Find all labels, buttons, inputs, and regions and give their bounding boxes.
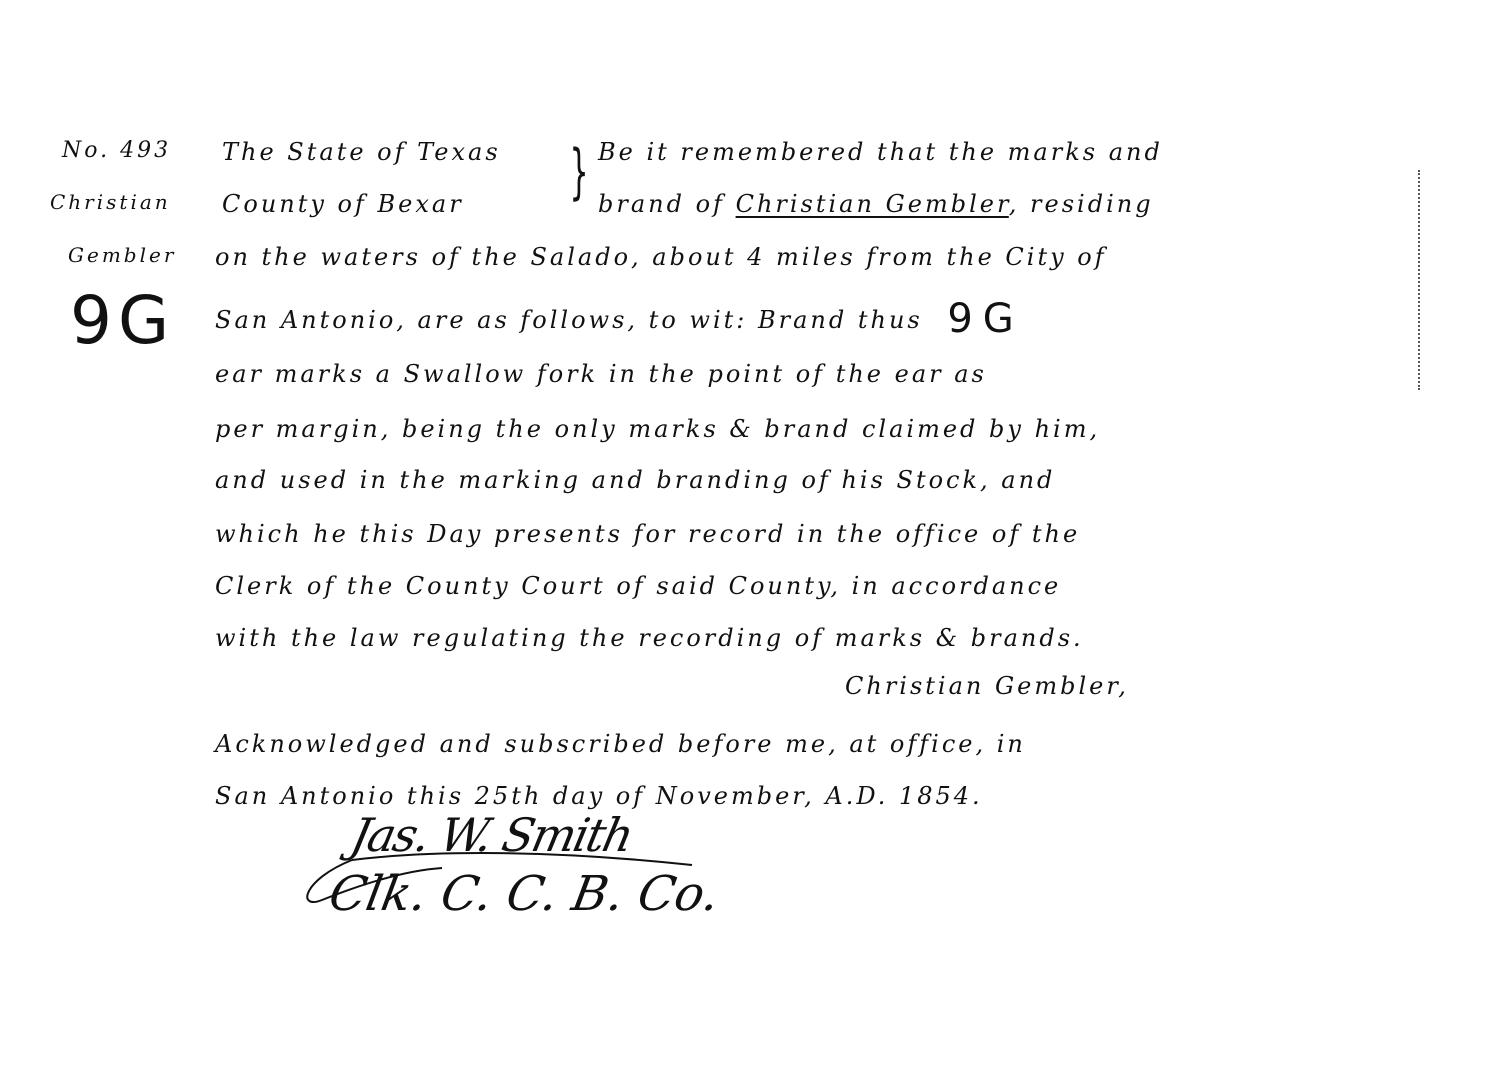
residing-suffix: , residing <box>1009 190 1154 218</box>
caption-brace-icon: } <box>570 142 589 202</box>
owner-name-underlined: Christian Gembler <box>736 190 1009 218</box>
margin-owner-first-name: Christian <box>50 190 171 214</box>
clerk-signature-name: Jas. W. Smith <box>346 808 637 862</box>
record-number: No. 493 <box>62 138 171 163</box>
body-line-4: per margin, being the only marks & brand… <box>215 415 1100 443</box>
applicant-signature: Christian Gembler, <box>845 672 1129 700</box>
inline-brand-mark: 9G <box>947 296 1023 342</box>
caption-county: County of Bexar <box>222 190 464 218</box>
body-line-7: Clerk of the County Court of said County… <box>215 572 1061 600</box>
body-line-8: with the law regulating the recording of… <box>215 624 1084 652</box>
caption-brand-of: brand of Christian Gembler, residing <box>598 190 1154 218</box>
scan-artifact-dots <box>1418 170 1422 390</box>
body-line-6: which he this Day presents for record in… <box>215 520 1080 548</box>
body-line-3: ear marks a Swallow fork in the point of… <box>215 360 987 388</box>
acknowledgement-line-2: San Antonio this 25th day of November, A… <box>215 782 983 810</box>
margin-brand-mark: 9G <box>70 282 175 359</box>
clerk-signature-title: Clk. C. C. B. Co. <box>325 866 723 922</box>
brand-of-prefix: brand of <box>598 190 725 218</box>
body-line-1: on the waters of the Salado, about 4 mil… <box>215 243 1107 271</box>
document-page: No. 493 Christian Gembler 9G The State o… <box>0 0 1500 1075</box>
acknowledgement-line-1: Acknowledged and subscribed before me, a… <box>215 730 1026 758</box>
margin-owner-last-name: Gembler <box>68 243 176 267</box>
caption-state: The State of Texas <box>222 138 501 166</box>
body-line-2-text: San Antonio, are as follows, to wit: Bra… <box>215 306 923 334</box>
body-line-2: San Antonio, are as follows, to wit: Bra… <box>215 296 1024 342</box>
caption-remembered: Be it remembered that the marks and <box>598 138 1163 166</box>
body-line-5: and used in the marking and branding of … <box>215 466 1055 494</box>
